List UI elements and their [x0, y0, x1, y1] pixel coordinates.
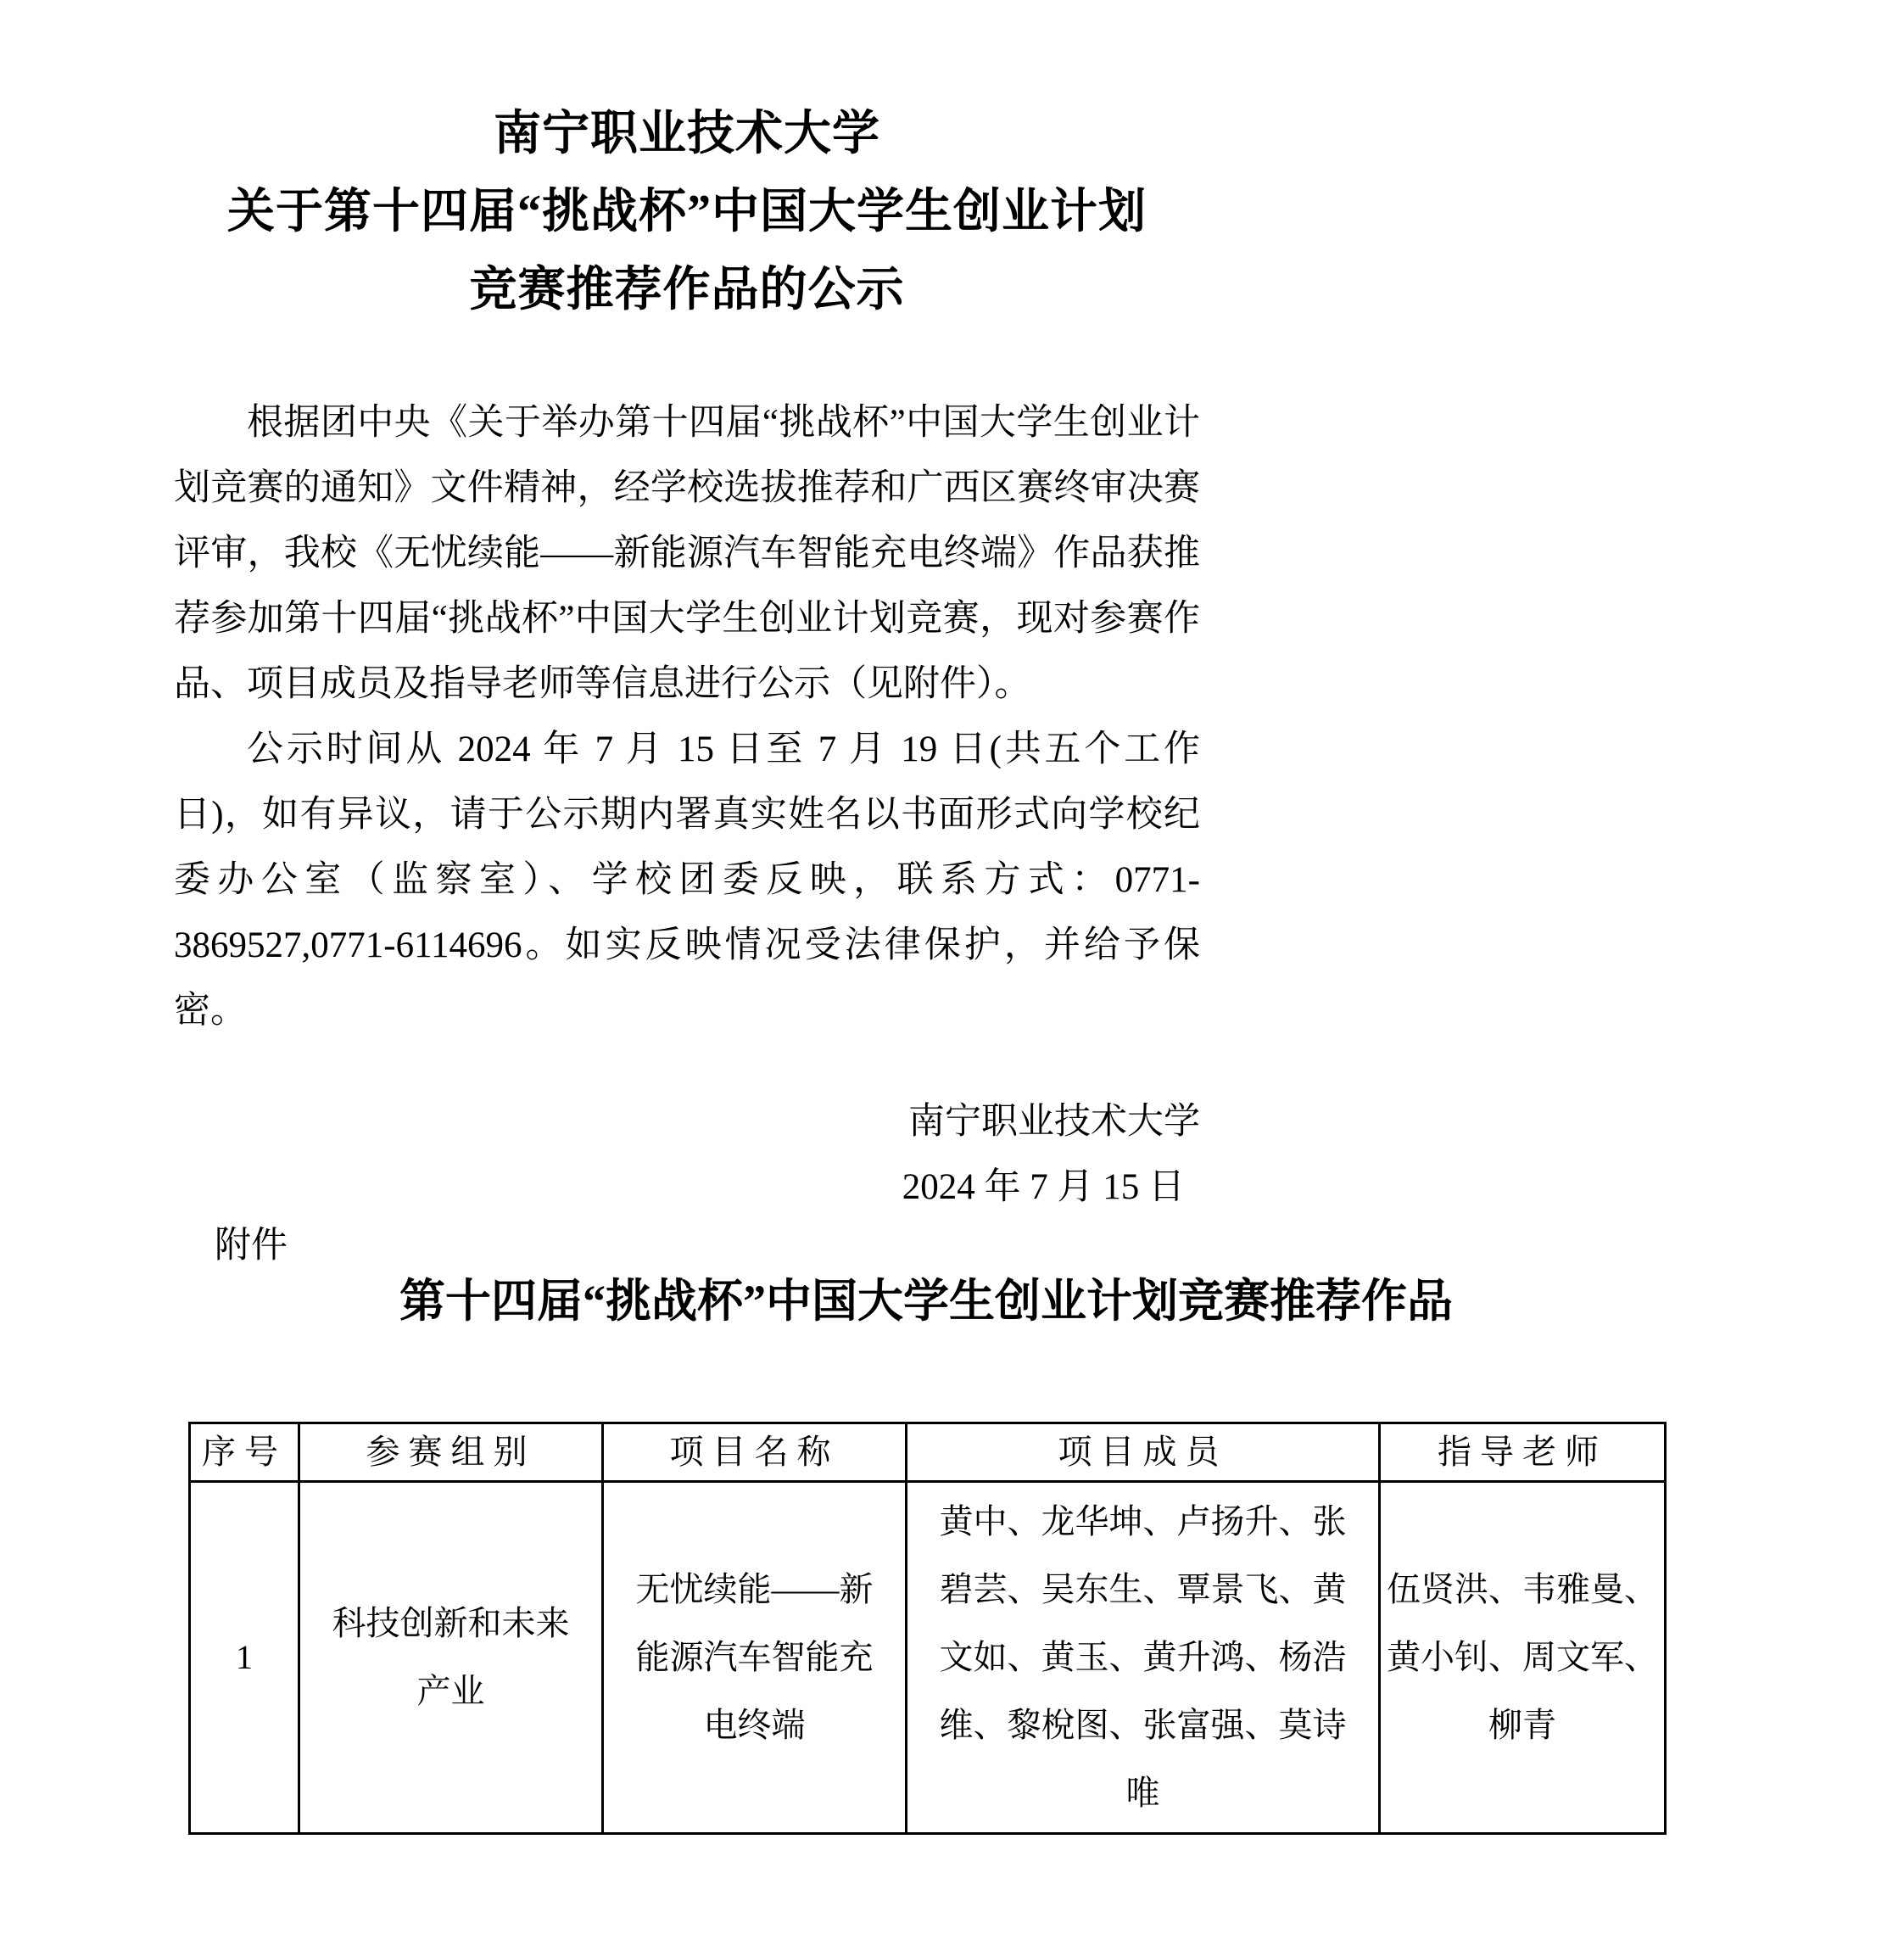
- header-serial-number: 序号: [190, 1423, 299, 1482]
- header-project-members: 项目成员: [907, 1423, 1380, 1482]
- title-line-3: 竞赛推荐作品的公示: [174, 251, 1200, 329]
- signature-block: 南宁职业技术大学 2024 年 7 月 15 日: [174, 1089, 1200, 1220]
- header-competition-group: 参赛组别: [299, 1423, 603, 1482]
- attachment-label: 附件: [215, 1220, 288, 1272]
- document-body: 根据团中央《关于举办第十四届“挑战杯”中国大学生创业计划竞赛的通知》文件精神，经…: [174, 390, 1200, 1043]
- cell-project-members: 黄中、龙华坤、卢扬升、张碧芸、吴东生、覃景飞、黄文如、黄玉、黄升鸿、杨浩维、黎梲…: [907, 1482, 1380, 1834]
- paragraph-publicity-period: 公示时间从 2024 年 7 月 15 日至 7 月 19 日(共五个工作日)，…: [174, 717, 1200, 1043]
- cell-serial-number: 1: [190, 1482, 299, 1834]
- title-line-1: 南宁职业技术大学: [174, 95, 1200, 173]
- title-line-2: 关于第十四届“挑战杯”中国大学生创业计划: [174, 173, 1200, 251]
- signature-organization: 南宁职业技术大学: [174, 1089, 1200, 1154]
- cell-project-name: 无忧续能——新能源汽车智能充电终端: [603, 1482, 907, 1834]
- table-row: 1 科技创新和未来产业 无忧续能——新能源汽车智能充电终端 黄中、龙华坤、卢扬升…: [190, 1482, 1666, 1834]
- header-advisors: 指导老师: [1380, 1423, 1666, 1482]
- cell-advisors: 伍贤洪、韦雅曼、黄小钊、周文军、柳青: [1380, 1482, 1666, 1834]
- attachment-title: 第十四届“挑战杯”中国大学生创业计划竞赛推荐作品: [188, 1271, 1664, 1332]
- table-header-row: 序号 参赛组别 项目名称 项目成员 指导老师: [190, 1423, 1666, 1482]
- signature-date: 2024 年 7 月 15 日: [174, 1154, 1200, 1220]
- cell-competition-group: 科技创新和未来产业: [299, 1482, 603, 1834]
- recommended-works-table: 序号 参赛组别 项目名称 项目成员 指导老师 1 科技创新和未来产业 无忧续能—…: [188, 1422, 1667, 1835]
- paragraph-basis: 根据团中央《关于举办第十四届“挑战杯”中国大学生创业计划竞赛的通知》文件精神，经…: [174, 390, 1200, 717]
- document-page: 南宁职业技术大学 关于第十四届“挑战杯”中国大学生创业计划 竞赛推荐作品的公示 …: [0, 0, 1904, 1951]
- header-project-name: 项目名称: [603, 1423, 907, 1482]
- document-title: 南宁职业技术大学 关于第十四届“挑战杯”中国大学生创业计划 竞赛推荐作品的公示: [174, 95, 1200, 329]
